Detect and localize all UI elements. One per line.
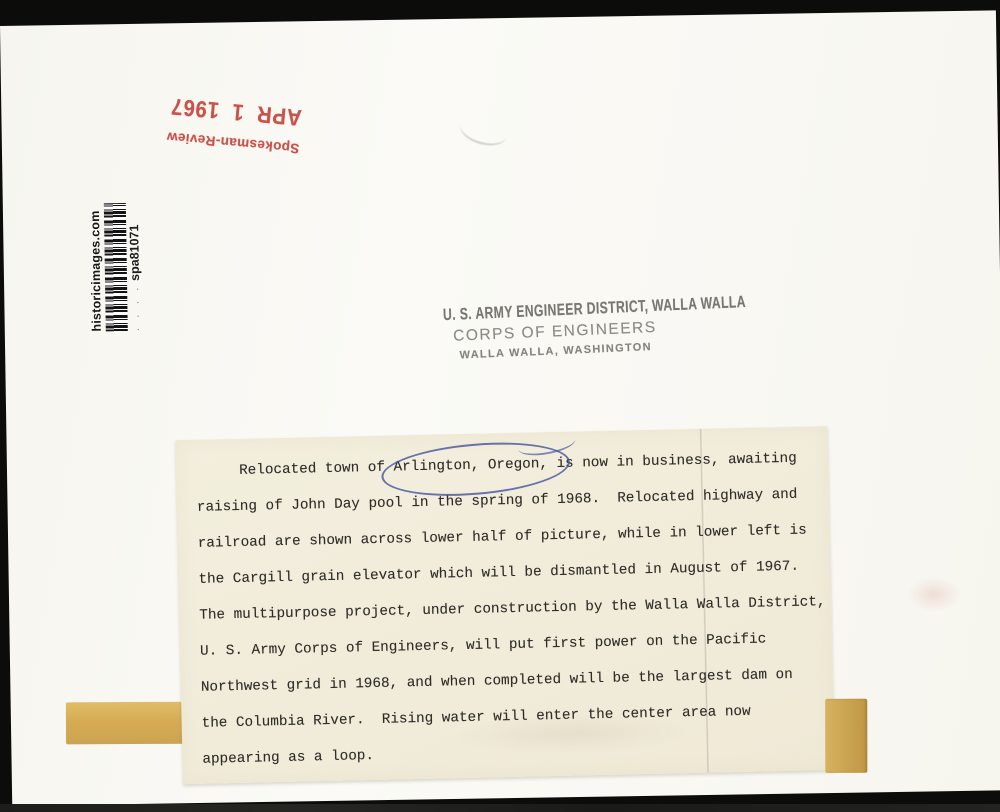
tape-right [825,699,867,773]
scanner-edge-band [0,804,1000,812]
pencil-smudge [457,111,511,151]
faint-red-smudge [907,577,962,612]
paper-smudge [452,711,693,756]
newspaper-name: Spokesman-Review [166,129,300,156]
vendor-website: historicimages.com [88,210,104,331]
newspaper-date-stamp: Spokesman-Review APR 1 1967 [147,77,321,172]
photo-id: spa81071 [127,224,142,281]
barcode-icon [104,203,128,331]
photo-verso: Spokesman-Review APR 1 1967 historicimag… [0,10,1000,806]
received-date: APR 1 1967 [169,93,302,132]
photo-id-row: . . . . spa81071 [127,224,143,331]
caption-slip: Relocated town of Arlington, Oregon, is … [175,426,834,784]
army-engineer-stamp: U. S. ARMY ENGINEER DISTRICT, WALLA WALL… [404,294,706,367]
tape-left [66,702,196,745]
vendor-barcode-block: historicimages.com . . . . spa81071 [88,199,144,332]
barcode-dots: . . . . [128,286,143,331]
